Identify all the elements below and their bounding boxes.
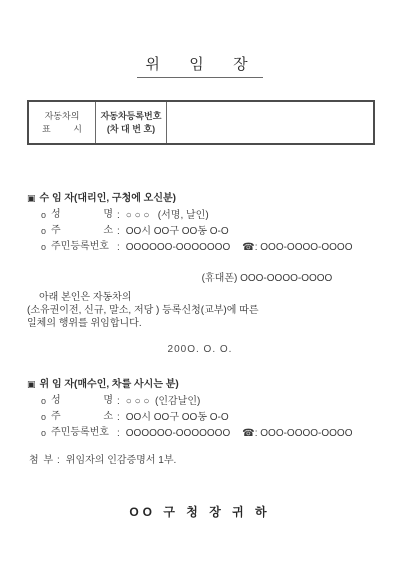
- vehicle-table-row: 자동차의 표 시 자동차등록번호 (차 대 번 호): [28, 101, 374, 144]
- title-row: 위 임 장: [27, 53, 373, 75]
- attorney-section-header: ▣수 임 자(대리인, 구청에 오신분): [27, 192, 373, 205]
- circle-bullet-icon: o: [41, 239, 51, 255]
- circle-bullet-icon: o: [41, 409, 51, 425]
- attorney-address-row: o주 소:OO시 OO구 OO동 O-O: [27, 223, 373, 239]
- attorney-mobile-row: (휴대폰) OOO-OOOO-OOOO: [27, 255, 373, 271]
- statement-line-1: 아래 본인은 자동차의: [27, 291, 373, 304]
- attachment-value: 위임자의 인감증명서 1부.: [66, 455, 177, 466]
- id-number-field-label: 주민등록번호: [51, 239, 113, 255]
- registration-number-label-cell: 자동차등록번호 (차 대 번 호): [96, 101, 167, 144]
- address-field-label: 주 소: [51, 223, 113, 239]
- attorney-name-row: o성 명:○ ○ ○ (서명, 날인): [27, 207, 373, 223]
- registration-number-value-cell: [167, 101, 375, 144]
- registration-number-label-line1: 자동차등록번호: [101, 111, 162, 121]
- attachment-label: 첨 부: [29, 454, 53, 467]
- vehicle-mark-label-line2: 표 시: [42, 123, 82, 136]
- attorney-fields: o성 명:○ ○ ○ (서명, 날인) o주 소:OO시 OO구 OO동 O-O…: [27, 207, 373, 271]
- colon-separator: :: [117, 208, 120, 224]
- attorney-id-number-row: o주민등록번호:OOOOOO-OOOOOOO☎: OOO-OOOO-OOOO: [27, 239, 373, 255]
- mobile-number-value: OOO-OOOO-OOOO: [240, 273, 332, 284]
- registration-number-label-line2: (차 대 번 호): [107, 124, 155, 134]
- phone-chunk: ☎: OOO-OOOO-OOOO: [242, 428, 352, 439]
- circle-bullet-icon: o: [41, 393, 51, 409]
- mobile-label: (휴대폰): [202, 273, 238, 284]
- principal-fields: o성 명:○ ○ ○ (인감날인) o주 소:OO시 OO구 OO동 O-O o…: [27, 393, 373, 441]
- principal-section-title: 위 임 자(매수인, 차를 사시는 분): [40, 379, 179, 390]
- colon-separator: :: [57, 454, 60, 467]
- address-field-value: OO시 OO구 OO동 O-O: [126, 226, 229, 237]
- id-number-field-value: OOOOOO-OOOOOOO: [126, 242, 230, 253]
- name-field-value: ○ ○ ○ (서명, 날인): [126, 210, 209, 221]
- circle-bullet-icon: o: [41, 223, 51, 239]
- date-line: 200O. O. O.: [27, 344, 373, 357]
- principal-address-row: o주 소:OO시 OO구 OO동 O-O: [27, 409, 373, 425]
- id-number-field-value: OOOOOO-OOOOOOO: [126, 428, 230, 439]
- principal-name-row: o성 명:○ ○ ○ (인감날인): [27, 393, 373, 409]
- statement-line-3: 일체의 행위를 위임합니다.: [27, 317, 373, 330]
- phone-icon: ☎: [242, 242, 254, 253]
- circle-bullet-icon: o: [41, 207, 51, 223]
- name-field-value: ○ ○ ○ (인감날인): [126, 396, 201, 407]
- phone-number-value: : OOO-OOOO-OOOO: [255, 428, 353, 439]
- principal-id-number-row: o주민등록번호:OOOOOO-OOOOOOO☎: OOO-OOOO-OOOO: [27, 425, 373, 441]
- vehicle-mark-label-cell: 자동차의 표 시: [28, 101, 96, 144]
- colon-separator: :: [117, 410, 120, 426]
- attachment-row: 첨 부:위임자의 인감증명서 1부.: [27, 454, 373, 467]
- phone-icon: ☎: [242, 428, 254, 439]
- circle-bullet-icon: o: [41, 425, 51, 441]
- name-field-label: 성 명: [51, 393, 113, 409]
- phone-number-value: : OOO-OOOO-OOOO: [255, 242, 353, 253]
- vehicle-info-table: 자동차의 표 시 자동차등록번호 (차 대 번 호): [27, 100, 375, 145]
- address-field-value: OO시 OO구 OO동 O-O: [126, 412, 229, 423]
- delegation-statement: 아래 본인은 자동차의 (소유권이전, 신규, 말소, 저당 ) 등록신청(교부…: [27, 291, 373, 330]
- attorney-section-title: 수 임 자(대리인, 구청에 오신분): [40, 193, 176, 204]
- principal-section-header: ▣위 임 자(매수인, 차를 사시는 분): [27, 378, 373, 391]
- colon-separator: :: [117, 394, 120, 410]
- square-bullet-icon: ▣: [27, 379, 36, 389]
- colon-separator: :: [117, 426, 120, 442]
- colon-separator: :: [117, 224, 120, 240]
- colon-separator: :: [117, 240, 120, 256]
- vehicle-mark-label-line1: 자동차의: [45, 111, 80, 121]
- power-of-attorney-document: 위 임 장 자동차의 표 시 자동차등록번호 (차 대 번 호) ▣수 임 자(…: [0, 0, 400, 566]
- statement-line-2: (소유권이전, 신규, 말소, 저당 ) 등록신청(교부)에 따른: [27, 304, 373, 317]
- phone-chunk: ☎: OOO-OOOO-OOOO: [242, 242, 352, 253]
- address-field-label: 주 소: [51, 409, 113, 425]
- square-bullet-icon: ▣: [27, 193, 36, 203]
- name-field-label: 성 명: [51, 207, 113, 223]
- id-number-field-label: 주민등록번호: [51, 425, 113, 441]
- document-title: 위 임 장: [137, 53, 262, 78]
- recipient-line: OO 구 청 장 귀 하: [27, 503, 373, 520]
